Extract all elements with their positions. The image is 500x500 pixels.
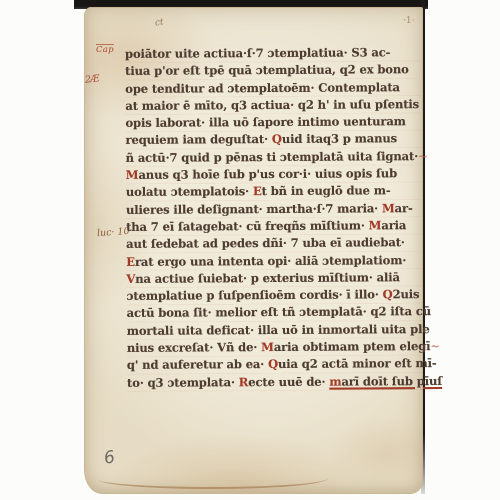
- manuscript-text-line: tha 7 eī ſatagebat· cū freqñs mīſtium· M…: [126, 217, 422, 236]
- manuscript-text-line: actū bona ſit· melior eſt tñ ɔtemplatā· …: [127, 304, 423, 323]
- manuscript-text-line: opis laborat· illa uō ſapore intimo uent…: [125, 113, 421, 132]
- manuscript-text-line: ɔtemplatiue p ſuſpenſioēm cordis· ī illo…: [126, 286, 422, 305]
- paragraph-rubric-mark: 2Æ: [84, 73, 99, 85]
- manuscript-text-line: requiem iam deguſtat· Quid itaq3 p manus: [125, 131, 421, 150]
- manuscript-text-line: at maior ē mīto, q3 actiua· q2 h' in uſu…: [125, 96, 421, 115]
- manuscript-text-line: uolatu ɔtemplatois· Et bñ in euglō due m…: [126, 182, 422, 201]
- manuscript-text-line: to· q3 ɔtemplata· Recte uuē de· marī doī…: [127, 373, 423, 392]
- manuscript-text-line: poiātor uite actiua·ſ·7 ɔtemplatiua· S3 …: [125, 44, 421, 63]
- manuscript-text-line: q' nd auferetur ab ea· Quia q2 actā mino…: [127, 355, 423, 374]
- manuscript-text-line: Manus q3 hoīe ſub p'us cor·i· uius opis …: [126, 165, 422, 184]
- manuscript-text-line: aut ſedebat ad pedes dñi· 7 uba eī audie…: [126, 234, 422, 253]
- pencil-folio-number: 6: [102, 447, 116, 469]
- manuscript-text-line: ñ actū·7 quid p pēnas ti ɔtemplatā uita …: [126, 148, 422, 167]
- manuscript-page: ct ·1· Cap 2Æ luc· 10 6 poiātor uite act…: [84, 7, 423, 494]
- manuscript-text-line: ope tenditur ad ɔtemplatoēm· Contemplata: [125, 79, 421, 98]
- manuscript-text-line: Erat ergo una intenta opi· aliā ɔtemplat…: [126, 252, 422, 271]
- chapter-rubric-mark: Cap: [96, 45, 114, 55]
- manuscript-text-block: poiātor uite actiua·ſ·7 ɔtemplatiua· S3 …: [125, 44, 423, 392]
- manuscript-text-line: Vna actiue ſuiebat· p exterius mīſtium· …: [126, 269, 422, 288]
- manuscript-text-line: mortali uita deficat· illa uō in inmorta…: [127, 321, 423, 340]
- header-annotation: ct: [154, 17, 164, 28]
- manuscript-text-line: tiua p'or eſt tpē quā ɔtemplatiua, q2 ex…: [125, 61, 421, 80]
- folio-number-mark: ·1·: [403, 16, 414, 26]
- manuscript-text-line: nius excreſat· Vñ de· Maria obtimam ptem…: [127, 338, 423, 357]
- scripture-reference-note: luc· 10: [97, 226, 130, 239]
- manuscript-text-line: ulieres ille deſignant· martha·ſ·7 maria…: [126, 200, 422, 219]
- page-bottom-edge: [98, 477, 327, 489]
- manuscript-photo: ct ·1· Cap 2Æ luc· 10 6 poiātor uite act…: [0, 0, 500, 500]
